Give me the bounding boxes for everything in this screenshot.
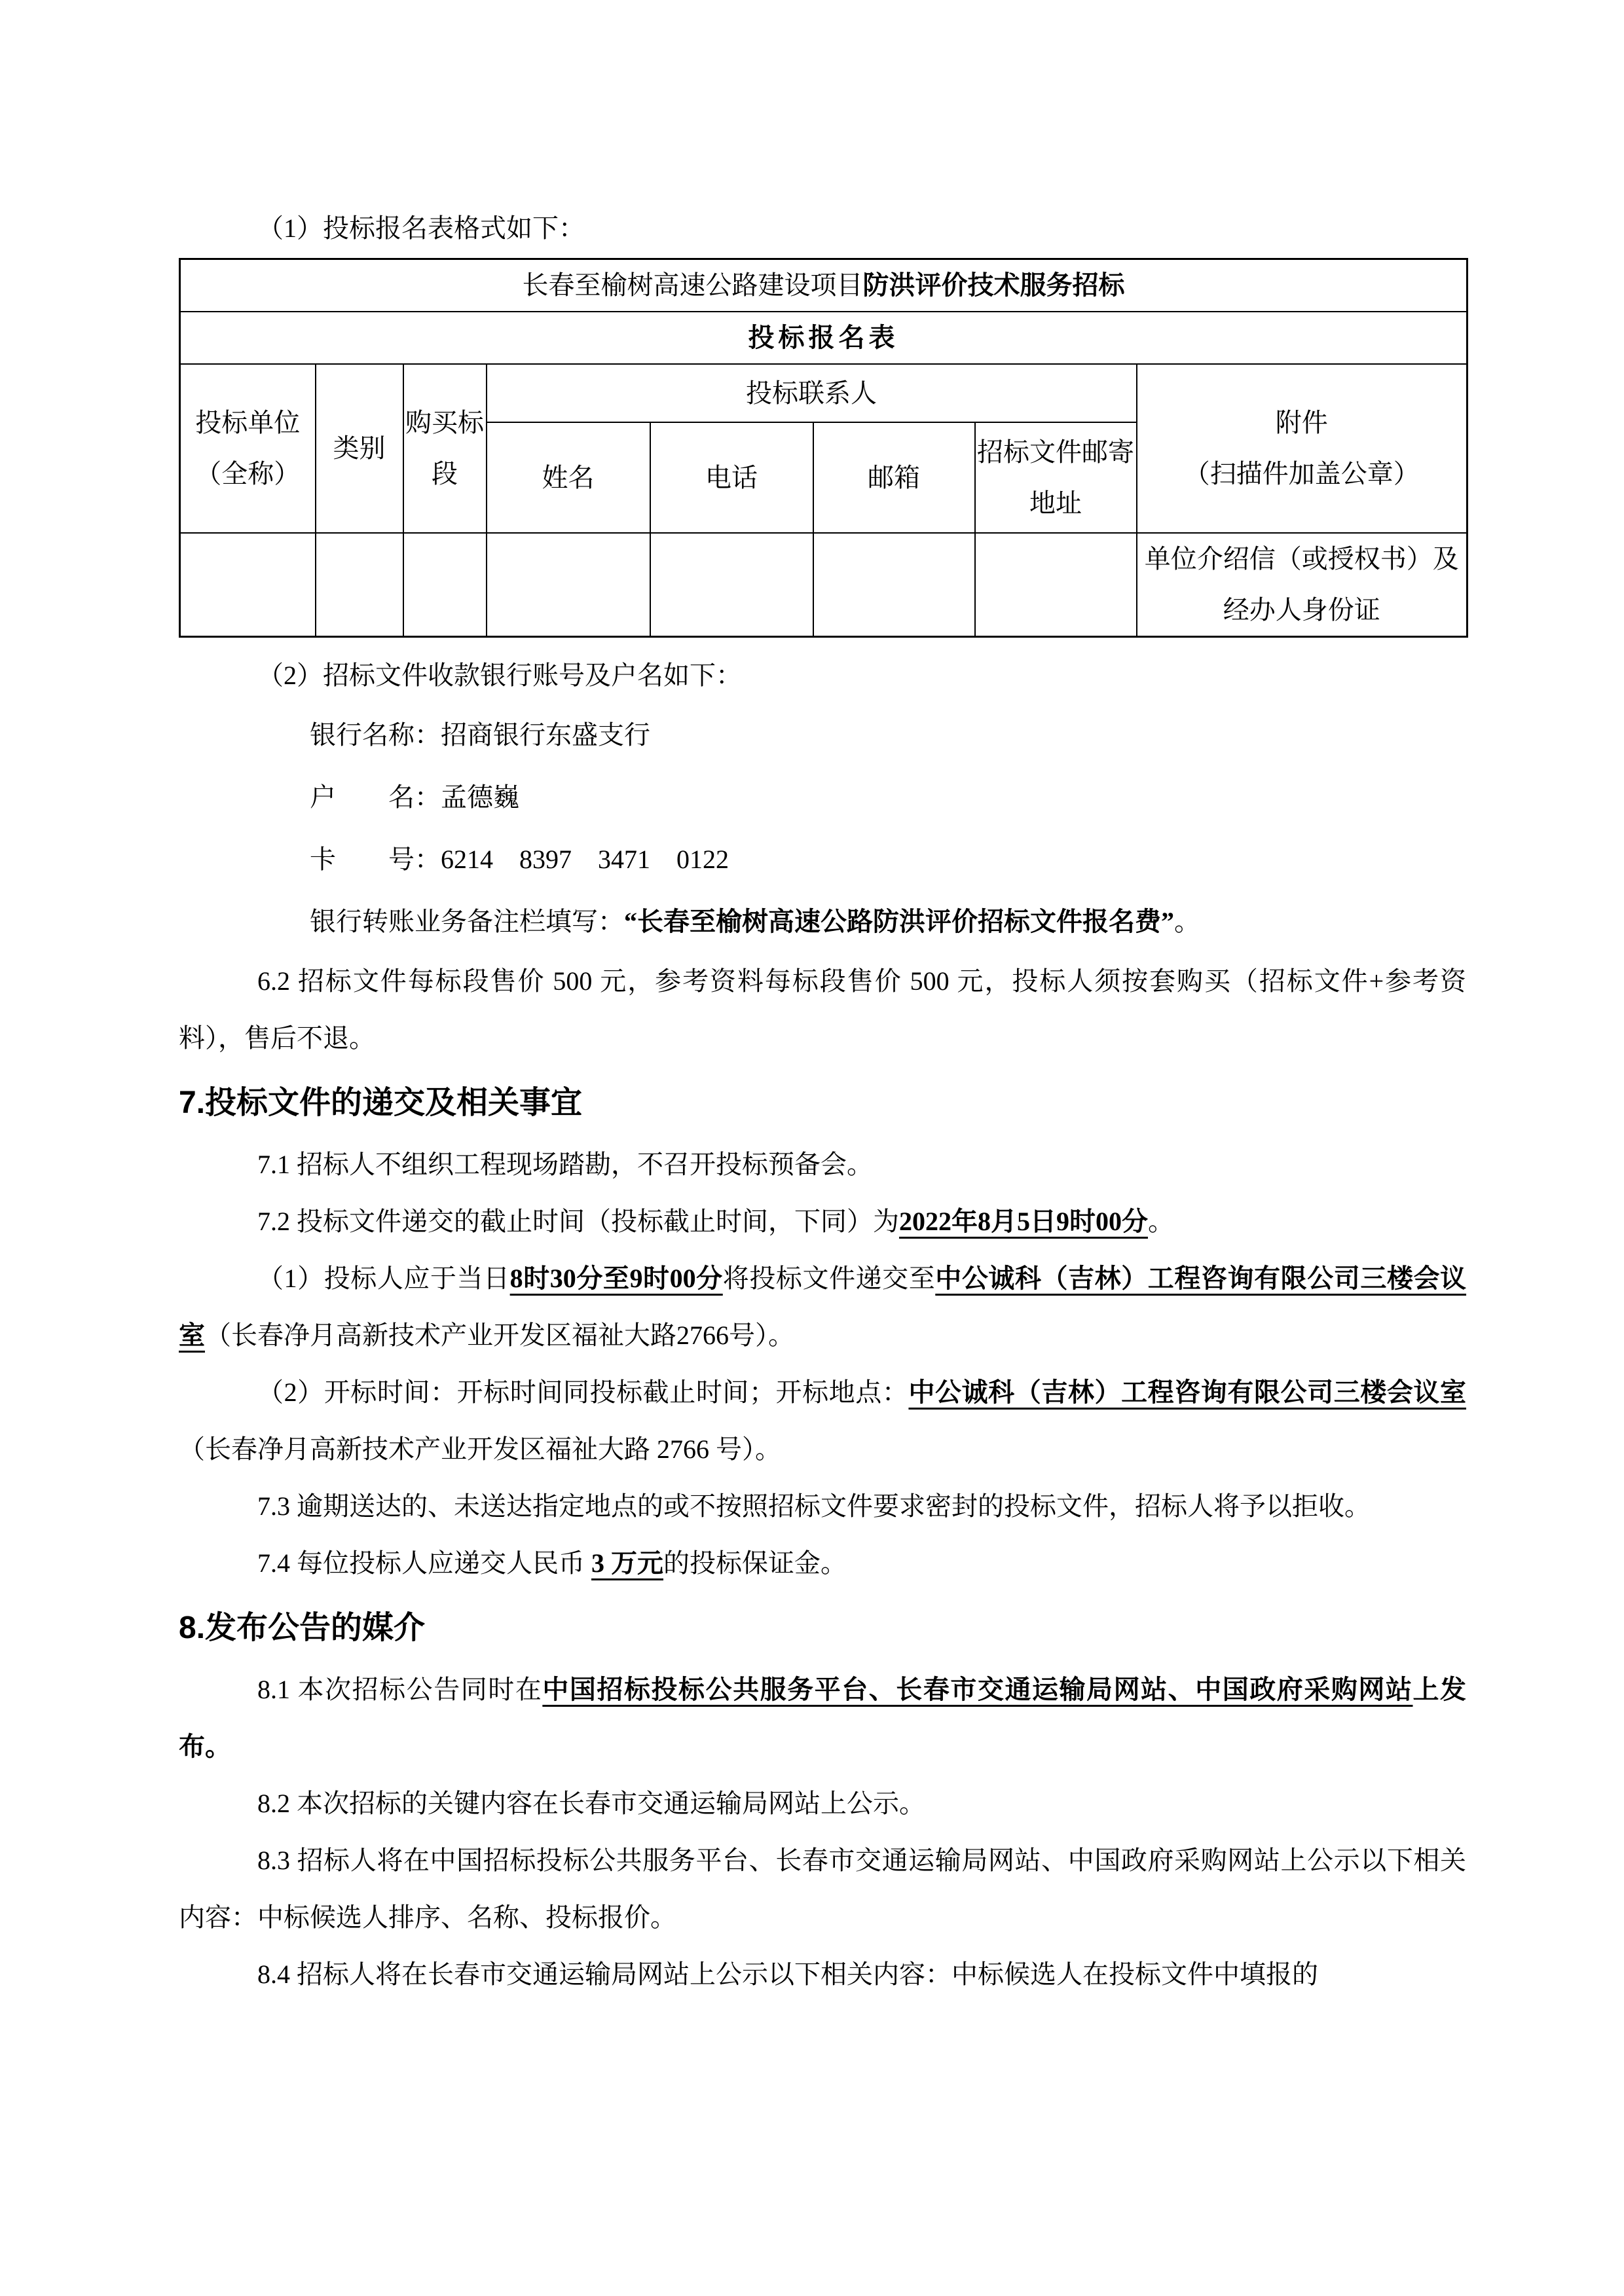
section-7-heading: 7.投标文件的递交及相关事宜 [179,1070,1466,1136]
text-segment: “长春至榆树高速公路防洪评价招标文件报名费” [624,907,1174,936]
header-category: 类别 [316,364,403,533]
text-segment: 银行转账业务备注栏填写： [310,907,624,936]
cell-category-empty [316,533,403,637]
text-segment: 附件 [1276,408,1328,437]
header-contact-group: 投标联系人 [487,364,1137,422]
para-8-2: 8.2 本次招标的关键内容在长春市交通运输局网站上公示。 [179,1775,1466,1832]
bank-card-number-line: 卡 号：6214 8397 3471 0122 [179,828,1466,890]
text-segment: 。 [1174,907,1200,936]
para-7-3: 7.3 逾期送达的、未送达指定地点的或不按照招标文件要求密封的投标文件，招标人将… [179,1478,1466,1535]
text-segment: 中公诚科（吉林）工程咨询有限公司三楼会议室 [908,1377,1466,1407]
bank-remark-line: 银行转账业务备注栏填写：“长春至榆树高速公路防洪评价招标文件报名费”。 [179,890,1466,953]
para-bank-account-intro: （2）招标文件收款银行账号及户名如下： [179,647,1466,704]
para-7-2-item-1: （1）投标人应于当日8时30分至9时00分将投标文件递交至中公诚科（吉林）工程咨… [179,1250,1466,1364]
cell-mail-address-empty [975,533,1137,637]
header-unit: 投标单位（全称） [180,364,316,533]
header-attachment: 附件（扫描件加盖公章） [1137,364,1467,533]
para-8-1: 8.1 本次招标公告同时在中国招标投标公共服务平台、长春市交通运输局网站、中国政… [179,1661,1466,1775]
para-8-3: 8.3 招标人将在中国招标投标公共服务平台、长春市交通运输局网站、中国政府采购网… [179,1832,1466,1946]
para-7-1: 7.1 招标人不组织工程现场踏勘，不召开投标预备会。 [179,1136,1466,1193]
para-signup-form-intro: （1）投标报名表格式如下： [179,200,1466,257]
text-segment: 7.2 投标文件递交的截止时间（投标截止时间，下同）为 [257,1207,899,1236]
para-6-2: 6.2 招标文件每标段售价 500 元，参考资料每标段售价 500 元，投标人须… [179,953,1466,1066]
header-purchase-section: 购买标段 [403,364,487,533]
text-segment: 2022年8月5日9时00分 [899,1207,1148,1236]
table-data-row: 单位介绍信（或授权书）及经办人身份证 [180,533,1467,637]
text-segment: 长春至榆树高速公路建设项目 [523,270,863,300]
text-segment: （扫描件加盖公章） [1184,459,1420,488]
header-contact-name: 姓名 [487,422,650,533]
text-segment: 的投标保证金。 [663,1548,847,1578]
text-segment: 8.1 本次招标公告同时在 [257,1675,542,1704]
text-segment: 中国招标投标公共服务平台、长春市交通运输局网站、中国政府采购网站 [542,1675,1412,1704]
para-7-2: 7.2 投标文件递交的截止时间（投标截止时间，下同）为2022年8月5日9时00… [179,1193,1466,1250]
text-segment: （1）投标人应于当日 [257,1264,510,1293]
cell-phone-empty [650,533,813,637]
cell-unit-empty [180,533,316,637]
text-segment: （2）开标时间：开标时间同投标截止时间；开标地点： [257,1377,908,1407]
text-segment: 8时30分至9时00分 [510,1264,723,1293]
header-contact-email: 邮箱 [813,422,975,533]
cell-purchase-empty [403,533,487,637]
text-segment: （长春净月高新技术产业开发区福祉大路2766号）。 [205,1321,794,1350]
table-header-row-1: 投标单位（全称） 类别 购买标段 投标联系人 附件（扫描件加盖公章） [180,364,1467,422]
table-subtitle-row: 投标报名表 [180,312,1467,364]
section-8-heading: 8.发布公告的媒介 [179,1595,1466,1661]
para-7-4: 7.4 每位投标人应递交人民币 3 万元的投标保证金。 [179,1535,1466,1592]
text-segment: 防洪评价技术服务招标 [863,270,1125,300]
document-page: （1）投标报名表格式如下： 长春至榆树高速公路建设项目防洪评价技术服务招标 投标… [0,0,1624,2296]
header-mail-address: 招标文件邮寄地址 [975,422,1137,533]
text-segment: 。 [1148,1207,1174,1236]
header-contact-phone: 电话 [650,422,813,533]
text-segment: （长春净月高新技术产业开发区福祉大路 2766 号）。 [179,1434,781,1464]
table-project-title: 长春至榆树高速公路建设项目防洪评价技术服务招标 [180,259,1467,312]
text-segment: 3 万元 [591,1548,663,1578]
para-8-4: 8.4 招标人将在长春市交通运输局网站上公示以下相关内容：中标候选人在投标文件中… [179,1946,1466,2003]
signup-form-table: 长春至榆树高速公路建设项目防洪评价技术服务招标 投标报名表 投标单位（全称） 类… [179,258,1468,638]
para-7-2-item-2: （2）开标时间：开标时间同投标截止时间；开标地点：中公诚科（吉林）工程咨询有限公… [179,1364,1466,1478]
cell-email-empty [813,533,975,637]
text-segment: 7.4 每位投标人应递交人民币 [257,1548,591,1578]
table-subtitle: 投标报名表 [180,312,1467,364]
cell-name-empty [487,533,650,637]
table-title-row: 长春至榆树高速公路建设项目防洪评价技术服务招标 [180,259,1467,312]
bank-holder-line: 户 名：孟德巍 [179,766,1466,828]
text-segment: 将投标文件递交至 [723,1264,936,1293]
bank-name-line: 银行名称：招商银行东盛支行 [179,704,1466,766]
cell-attachment-note: 单位介绍信（或授权书）及经办人身份证 [1137,533,1467,637]
